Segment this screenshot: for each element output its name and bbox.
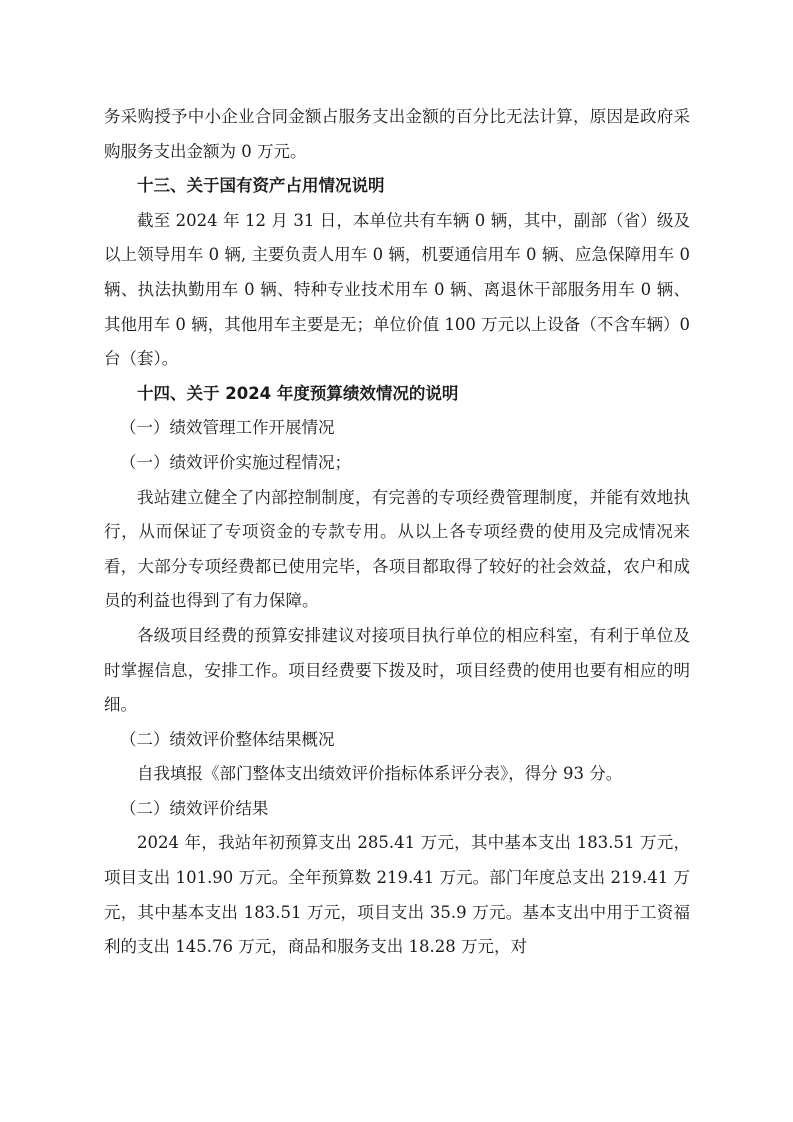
evaluation-process-paragraph-2: 各级项目经费的预算安排建议对接项目执行单位的相应科室，有利于单位及时掌握信息，安… [104,619,690,723]
subsection-overall-result-heading: （二）绩效评价整体结果概况 [104,723,690,758]
section-14-heading: 十四、关于 2024 年度预算绩效情况的说明 [104,377,690,412]
section-13-heading: 十三、关于国有资产占用情况说明 [104,169,690,204]
overall-result-paragraph: 自我填报《部门整体支出绩效评价指标体系评分表》，得分 93 分。 [104,757,690,792]
document-page: 务采购授予中小企业合同金额占服务支出金额的百分比无法计算，原因是政府采购服务支出… [104,100,690,965]
subsection-evaluation-process-heading: （一）绩效评价实施过程情况； [104,446,690,481]
subsection-performance-management-heading: （一）绩效管理工作开展情况 [104,411,690,446]
section-13-paragraph: 截至 2024 年 12 月 31 日，本单位共有车辆 0 辆，其中，副部（省）… [104,204,690,377]
evaluation-process-paragraph-1: 我站建立健全了内部控制制度，有完善的专项经费管理制度，并能有效地执行，从而保证了… [104,481,690,619]
intro-paragraph: 务采购授予中小企业合同金额占服务支出金额的百分比无法计算，原因是政府采购服务支出… [104,100,690,169]
evaluation-results-paragraph: 2024 年，我站年初预算支出 285.41 万元，其中基本支出 183.51 … [104,826,690,964]
subsection-evaluation-results-heading: （二）绩效评价结果 [104,792,690,827]
